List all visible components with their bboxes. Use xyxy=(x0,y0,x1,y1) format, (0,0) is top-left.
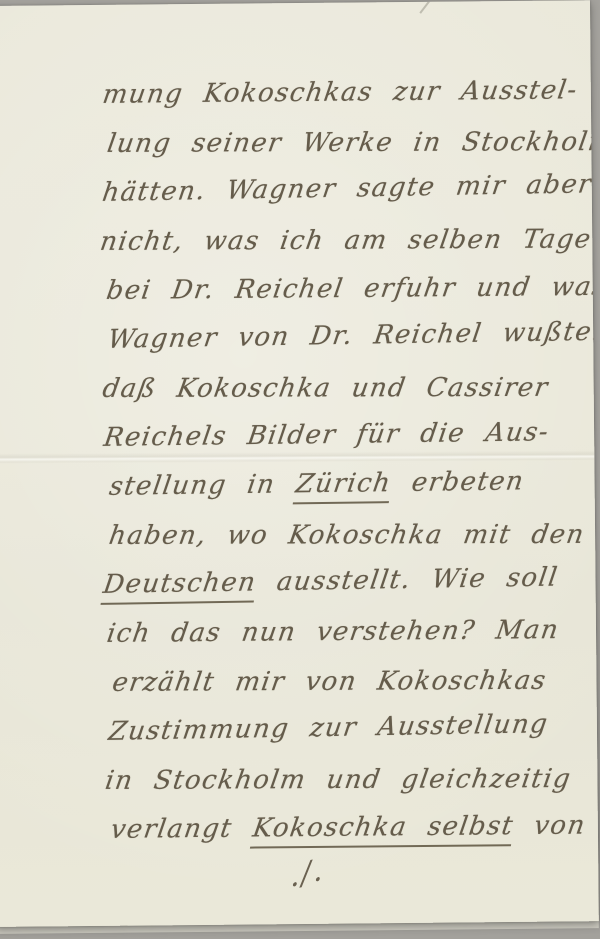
handwritten-text: ich das nun verstehen? Man xyxy=(105,615,562,649)
handwriting-line: stellung in Zürich erbeten xyxy=(106,457,570,512)
handwritten-text: mung Kokoschkas zur Ausstel- xyxy=(101,75,580,110)
handwritten-text: in Stockholm und gleichzeitig xyxy=(103,764,573,796)
handwriting-line: Reichels Bilder für die Aus- xyxy=(100,408,569,463)
handwriting-line: nicht, was ich am selben Tage xyxy=(97,216,568,267)
handwriting-line: Wagner von Dr. Reichel wußte: xyxy=(104,308,568,365)
photo-backdrop: mung Kokoschkas zur Ausstel-lung seiner … xyxy=(0,0,600,939)
handwriting-line: mung Kokoschkas zur Ausstel- xyxy=(99,66,566,119)
handwriting-line: Zustimmung zur Ausstellung xyxy=(105,700,572,757)
handwritten-text: Zustimmung zur Ausstellung xyxy=(107,709,551,747)
handwriting-line: in Stockholm und gleichzeitig xyxy=(102,755,573,806)
letter-paper: mung Kokoschkas zur Ausstel-lung seiner … xyxy=(0,0,599,927)
top-crease-mark xyxy=(419,0,430,14)
handwritten-text: erbeten xyxy=(389,466,526,498)
handwriting-line: ich das nun verstehen? Man xyxy=(103,606,571,659)
handwriting-line: bei Dr. Reichel erfuhr und was xyxy=(103,263,568,316)
page-continuation-mark: ./. xyxy=(289,852,325,895)
handwriting-line: haben, wo Kokoschka mit den xyxy=(105,511,570,561)
handwriting-line: Deutschen ausstellt. Wie soll xyxy=(100,553,571,610)
handwritten-text: ausstellt. Wie soll xyxy=(254,563,560,598)
handwritten-text: Wagner von Dr. Reichel wußte: xyxy=(106,317,599,355)
handwriting-line: verlangt Kokoschka selbst von xyxy=(107,802,573,855)
handwritten-text: erzählt mir von Kokoschkas xyxy=(110,666,549,698)
handwritten-text: lung seiner Werke in Stockholm xyxy=(105,127,599,159)
handwritten-text: von xyxy=(511,811,587,842)
handwriting-line: hätten. Wagner sagte mir aber xyxy=(99,161,567,218)
underlined-handwritten-text: Kokoschka selbst xyxy=(250,811,516,848)
handwritten-text: verlangt xyxy=(109,814,255,845)
handwritten-text: nicht, was ich am selben Tage xyxy=(98,224,594,257)
handwritten-text: stellung in xyxy=(107,469,298,501)
underlined-handwritten-text: Deutschen xyxy=(101,567,259,605)
handwritten-text: daß Kokoschka und Cassirer xyxy=(100,373,550,404)
handwritten-text: haben, wo Kokoschka mit den xyxy=(107,520,587,551)
handwritten-text: Reichels Bilder für die Aus- xyxy=(102,417,551,453)
handwriting-block: mung Kokoschkas zur Ausstel-lung seiner … xyxy=(99,67,567,855)
handwritten-text: bei Dr. Reichel erfuhr und was xyxy=(104,272,598,306)
handwritten-text: hätten. Wagner sagte mir aber xyxy=(100,169,594,208)
handwriting-line: daß Kokoschka und Cassirer xyxy=(99,364,569,414)
underlined-handwritten-text: Zürich xyxy=(293,468,393,504)
